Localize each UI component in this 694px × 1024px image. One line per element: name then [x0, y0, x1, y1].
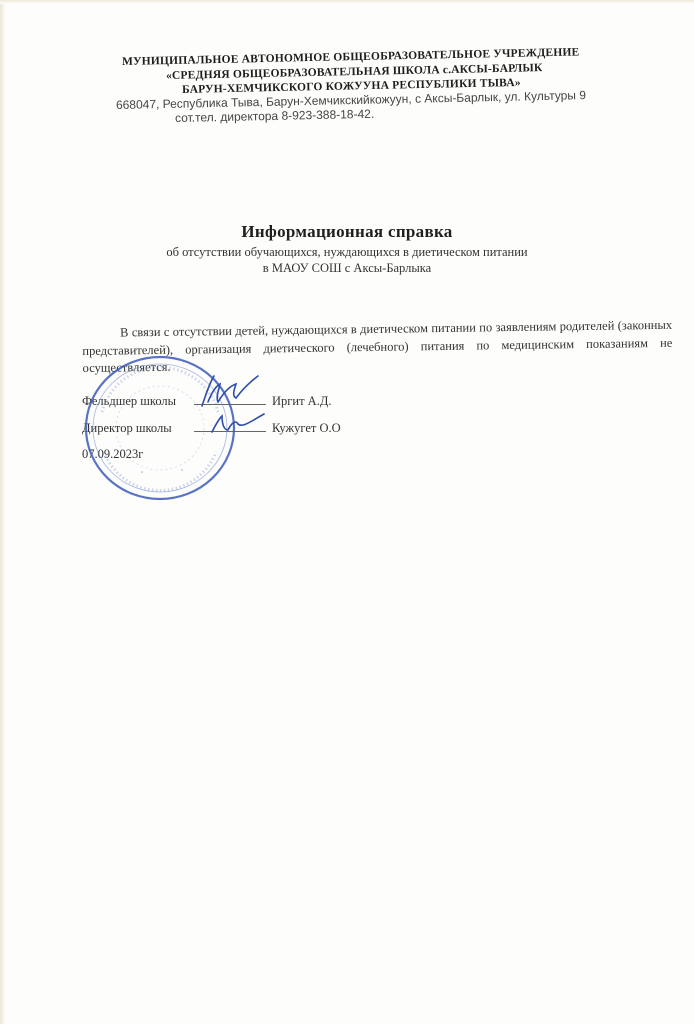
signature-role: Фельдшер школы: [82, 394, 194, 409]
signature-line: [194, 421, 266, 432]
page-edge: [0, 0, 6, 1024]
signature-role: Директор школы: [82, 421, 194, 436]
document-date: 07.09.2023г: [82, 447, 143, 462]
header-phone: сот.тел. директора 8-923-388-18-42.: [175, 107, 374, 125]
signature-line: [194, 394, 266, 405]
document-subtitle-2: в МАОУ СОШ с Аксы-Барлыка: [0, 261, 694, 276]
page-edge-top: [0, 0, 694, 4]
signature-row-medic: Фельдшер школыИргит А.Д.: [82, 394, 332, 409]
document-title: Информационная справка: [0, 222, 694, 242]
signature-name: Иргит А.Д.: [272, 394, 332, 408]
signature-row-director: Директор школыКужугет О.О: [82, 421, 341, 436]
document-subtitle-1: об отсутствии обучающихся, нуждающихся в…: [0, 245, 694, 260]
body-paragraph: В связи с отсутствии детей, нуждающихся …: [82, 317, 673, 378]
signature-name: Кужугет О.О: [272, 421, 341, 435]
